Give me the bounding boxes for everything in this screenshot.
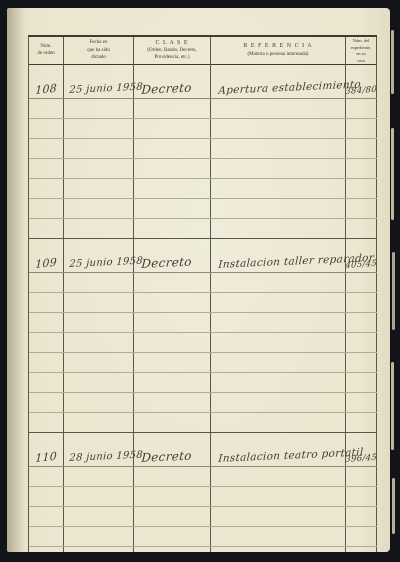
ruled-blank-row — [29, 373, 377, 393]
column-header-clase: C L A S E (Orden, Bando, Decreto, Provid… — [134, 37, 211, 65]
entry-num-text: 108 — [35, 83, 57, 96]
entry-clase-text: Decreto — [137, 82, 192, 96]
ruled-blank-row — [29, 159, 377, 179]
column-title: C L A S E — [155, 40, 188, 47]
cell-referencia: Instalacion teatro portatil — [211, 433, 346, 466]
column-header-fecha: Fecha en que ha sido dictado — [64, 37, 134, 65]
cell-num: 110 — [29, 433, 64, 466]
ruled-blank-row — [29, 179, 377, 199]
cell-num: 108 — [29, 65, 64, 98]
cell-referencia: Apertura establecimiento — [211, 65, 346, 98]
ruled-blank-row — [29, 293, 377, 313]
ruled-blank-row — [29, 507, 377, 527]
page-edge-highlight — [392, 252, 395, 330]
cell-clase: Decreto — [134, 65, 211, 98]
entry-referencia-text: Apertura establecimiento — [214, 79, 361, 96]
entry-fecha-text: 28 junio 1958 — [67, 451, 143, 464]
binding-shadow — [7, 8, 25, 552]
ruled-blank-row — [29, 313, 377, 333]
entry-expediente-text: 396/45 — [345, 453, 377, 464]
ruled-blank-row — [29, 273, 377, 293]
column-subtitle: (Materia o persona interesada) — [248, 52, 309, 59]
book-page: Núm. de orden Fecha en que ha sido dicta… — [7, 8, 390, 552]
register-table: Núm. de orden Fecha en que ha sido dicta… — [28, 35, 377, 552]
ruled-blank-row — [29, 393, 377, 413]
ruled-blank-row — [29, 99, 377, 119]
column-title: Núm. — [40, 44, 51, 51]
ruled-blank-row — [29, 467, 377, 487]
column-subtitle: Providencia, etc.) — [154, 55, 189, 62]
entry-referencia-text: Instalacion teatro portatil — [214, 447, 364, 464]
entry-clase-text: Decreto — [137, 450, 192, 464]
page-edge-highlight — [391, 30, 394, 94]
cell-fecha: 25 junio 1958 — [64, 65, 134, 98]
ruled-blank-row — [29, 413, 377, 433]
column-title: de orden — [37, 51, 54, 58]
column-header-referencia: R E F E R E N C I A (Materia o persona i… — [211, 37, 346, 65]
column-title: Núm. del — [353, 38, 370, 44]
register-entry-row: 11028 junio 1958DecretoInstalacion teatr… — [29, 433, 377, 467]
entry-clase-text: Decreto — [137, 256, 192, 270]
cell-num: 109 — [29, 239, 64, 272]
register-entry-row: 10925 junio 1958DecretoInstalacion talle… — [29, 239, 377, 273]
ruled-blank-row — [29, 119, 377, 139]
register-entry-row: 10825 junio 1958DecretoApertura establec… — [29, 65, 377, 99]
ruled-blank-row — [29, 333, 377, 353]
ruled-blank-row — [29, 487, 377, 507]
cell-referencia: Instalacion taller reparador — [211, 239, 346, 272]
cell-clase: Decreto — [134, 433, 211, 466]
entry-fecha-text: 25 junio 1958 — [67, 257, 143, 270]
ruled-blank-row — [29, 353, 377, 373]
entry-expediente-text: 384/80 — [345, 85, 377, 96]
page-edge-highlight — [391, 362, 394, 450]
ruled-blank-row — [29, 219, 377, 239]
column-title: dictado — [91, 55, 106, 62]
ruled-blank-row — [29, 139, 377, 159]
column-title: R E F E R E N C I A — [243, 43, 312, 50]
column-title: que ha sido — [87, 48, 110, 55]
scanned-register-page: Núm. de orden Fecha en que ha sido dicta… — [0, 0, 400, 562]
column-title: caso — [357, 58, 365, 64]
column-title: en su — [356, 51, 365, 57]
ruled-blank-row — [29, 527, 377, 547]
entry-num-text: 110 — [35, 451, 57, 464]
ruled-blank-row — [29, 199, 377, 219]
column-title: Fecha en — [90, 40, 108, 47]
column-line-ticks — [29, 547, 377, 552]
cell-fecha: 28 junio 1958 — [64, 433, 134, 466]
column-title: expediente, — [351, 45, 372, 51]
table-body: 10825 junio 1958DecretoApertura establec… — [29, 65, 377, 552]
column-subtitle: (Orden, Bando, Decreto, — [147, 48, 196, 55]
entry-num-text: 109 — [35, 257, 57, 270]
column-header-num-orden: Núm. de orden — [29, 37, 64, 65]
entry-expediente-text: 405/45 — [345, 259, 377, 270]
column-header-num-expediente: Núm. del expediente, en su caso — [346, 37, 377, 65]
cell-fecha: 25 junio 1958 — [64, 239, 134, 272]
page-edge-highlight — [391, 128, 394, 220]
table-header: Núm. de orden Fecha en que ha sido dicta… — [29, 37, 377, 65]
page-edge-highlight — [392, 478, 395, 534]
cell-clase: Decreto — [134, 239, 211, 272]
entry-fecha-text: 25 junio 1958 — [67, 83, 143, 96]
